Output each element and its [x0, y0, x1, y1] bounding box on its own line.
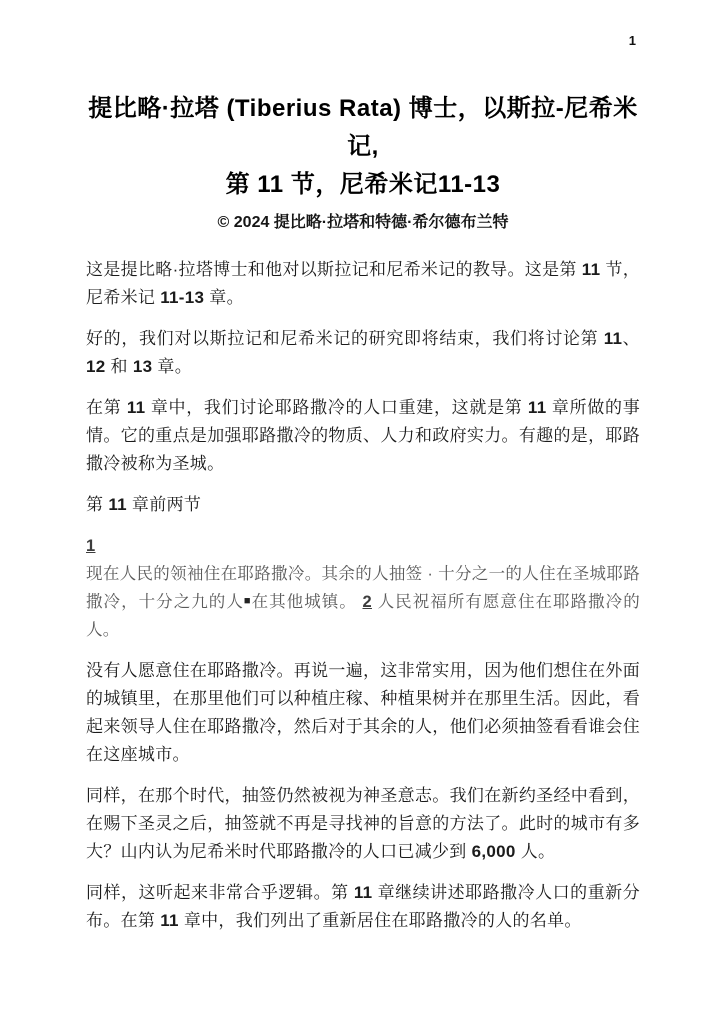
- title-line-3: 第 11 节，尼希米记11-13: [86, 166, 640, 204]
- verse-number-1: 1: [86, 532, 640, 560]
- document-title: 提比略·拉塔 (Tiberius Rata) 博士，以斯拉-尼希米 记, 第 1…: [86, 90, 640, 204]
- verse-number-2: 2: [362, 593, 371, 611]
- section-heading: 第 11 章前两节: [86, 491, 640, 519]
- missing-glyph-box: ■: [244, 595, 252, 607]
- paragraph-intro: 这是提比略·拉塔博士和他对以斯拉记和尼希米记的教导。这是第 11 节，尼希米记 …: [86, 256, 640, 312]
- verse-text-part-b: 在其他城镇。: [252, 593, 357, 611]
- paragraph-overview: 好的，我们对以斯拉记和尼希米记的研究即将结束，我们将讨论第 11、12 和 13…: [86, 325, 640, 381]
- paragraph-chapter-11-summary: 在第 11 章中，我们讨论耶路撒冷的人口重建，这就是第 11 章所做的事情。它的…: [86, 394, 640, 478]
- copyright-line: © 2024 提比略·拉塔和特德·希尔德布兰特: [86, 209, 640, 232]
- verse-block: 1 现在人民的领袖住在耶路撒冷。其余的人抽签 · 十分之一的人住在圣城耶路撒冷，…: [86, 532, 640, 644]
- document-page: 1 提比略·拉塔 (Tiberius Rata) 博士，以斯拉-尼希米 记, 第…: [0, 0, 724, 1024]
- paragraph-redistribution: 同样，这听起来非常合乎逻辑。第 11 章继续讲述耶路撒冷人口的重新分布。在第 1…: [86, 879, 640, 935]
- title-line-1: 提比略·拉塔 (Tiberius Rata) 博士，以斯拉-尼希米: [86, 90, 640, 128]
- paragraph-practical-living: 没有人愿意住在耶路撒冷。再说一遍，这非常实用，因为他们想住在外面的城镇里，在那里…: [86, 657, 640, 769]
- paragraph-casting-lots: 同样，在那个时代，抽签仍然被视为神圣意志。我们在新约圣经中看到，在赐下圣灵之后，…: [86, 782, 640, 866]
- title-line-2: 记,: [86, 128, 640, 166]
- document-content: 提比略·拉塔 (Tiberius Rata) 博士，以斯拉-尼希米 记, 第 1…: [86, 0, 640, 935]
